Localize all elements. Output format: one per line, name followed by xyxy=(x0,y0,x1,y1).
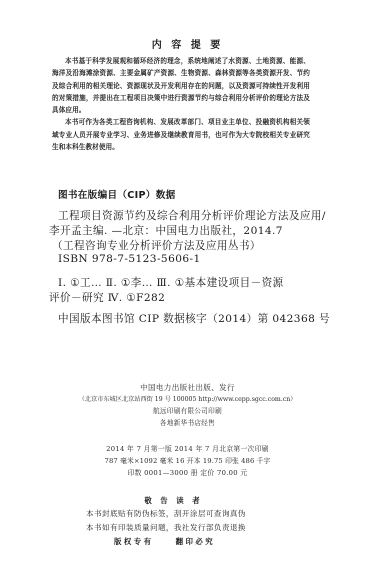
summary-paragraph: 本书基于科学发展观和循环经济的理念，系统地阐述了水资源、土地资源、能源、海洋及沿… xyxy=(52,55,310,116)
cip-series-line: （工程咨询专业分析评价方法及应用丛书） xyxy=(52,238,261,253)
summary-body: 本书基于科学发展观和循环经济的理念，系统地阐述了水资源、土地资源、能源、海洋及沿… xyxy=(52,55,310,153)
summary-title: 内 容 提 要 xyxy=(0,36,375,51)
publisher-address: （北京市东城区北京站西街 19 号 100005 http://www.cepp… xyxy=(0,394,375,403)
summary-paragraph: 本书可作为各类工程咨询机构、发展改革部门、项目业主单位、投融资机构相关领域专业人… xyxy=(52,116,310,153)
format-info: 787 毫米×1092 毫米 16 开本 19.75 印张 486 千字 xyxy=(0,455,375,465)
rights-reserved: 版权专有 xyxy=(114,536,154,547)
printer-name: 航远印刷有限公司印刷 xyxy=(0,405,375,415)
edition-info: 2014 年 7 月第一版 2014 年 7 月北京第一次印刷 xyxy=(0,443,375,453)
publisher-name: 中国电力出版社出版、发行 xyxy=(0,382,375,393)
cip-heading: 图书在版编目（CIP）数据 xyxy=(58,187,175,201)
notice-title: 敬 告 读 者 xyxy=(0,495,361,506)
cip-record-number: 中国版本图书馆 CIP 数据核字（2014）第 042368 号 xyxy=(58,311,330,326)
cip-classification-line: 评价－研究 Ⅳ. ①F282 xyxy=(49,290,165,305)
anti-counterfeit-notice: 本书封底贴有防伪标签，刮开涂层可查询真伪 xyxy=(86,508,246,519)
cip-classification-line: Ⅰ. ①工… Ⅱ. ①李… Ⅲ. ①基本建设项目－资源 xyxy=(58,275,284,290)
cip-title-line: 工程项目资源节约及综合利用分析评价理论方法及应用/ xyxy=(58,208,326,223)
cip-isbn: ISBN 978-7-5123-5606-1 xyxy=(58,253,201,265)
print-run-price: 印数 0001—3000 册 定价 70.00 元 xyxy=(0,467,375,477)
copyright-notice: 版权专有翻印必究 xyxy=(114,536,215,547)
cip-editor-line: 李开孟主编. —北京：中国电力出版社，2014.7 xyxy=(49,223,283,238)
no-reproduction: 翻印必究 xyxy=(176,536,216,547)
return-policy-notice: 本书如有印装质量问题，我社发行部负责退换 xyxy=(86,522,246,533)
distributor: 各地新华书店经售 xyxy=(0,417,375,427)
